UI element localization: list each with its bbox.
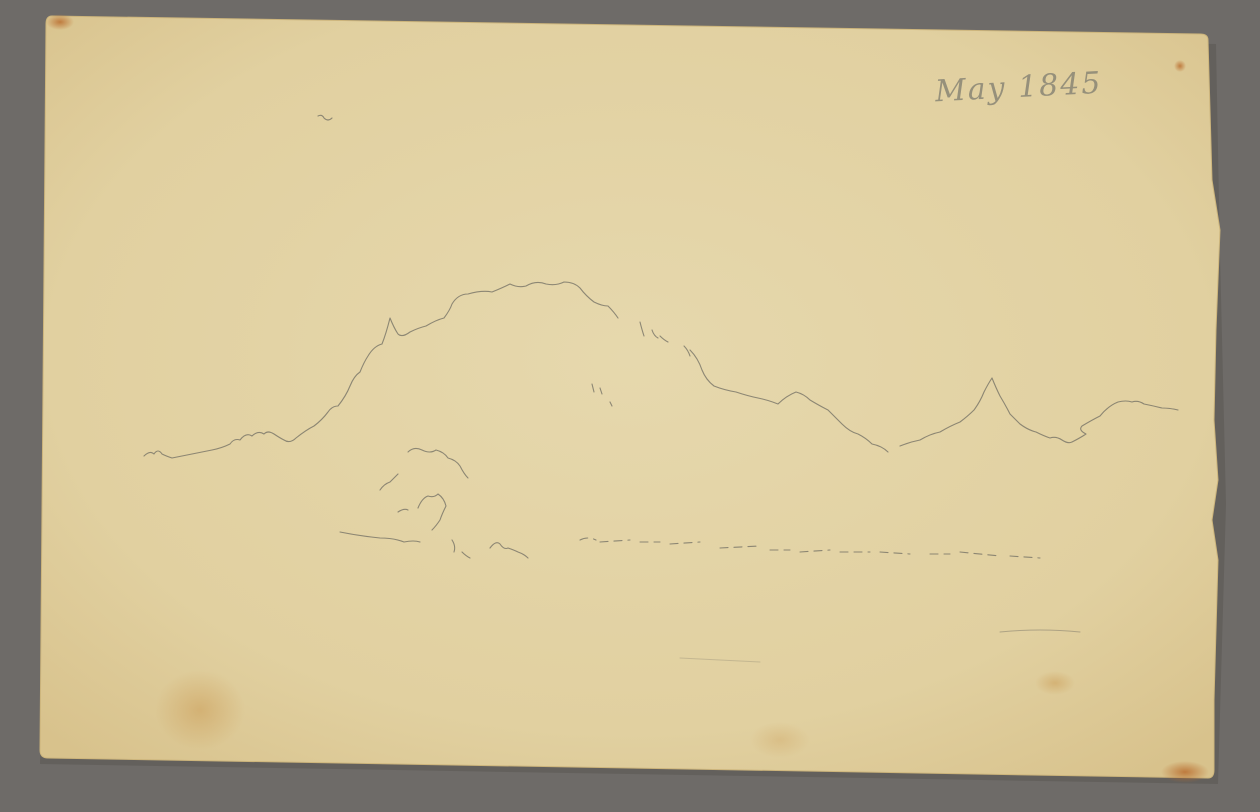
foxing-spot-top-right — [1174, 60, 1186, 72]
sketch-canvas — [0, 0, 1260, 812]
foxing-stain-top-left — [46, 14, 74, 30]
foxing-stain-bottom-center — [750, 722, 810, 758]
artwork-stage: May 1845 — [0, 0, 1260, 812]
paper-sheet — [40, 16, 1220, 778]
foxing-stain-bottom-left — [155, 670, 245, 750]
foxing-stain-lower-right — [1035, 671, 1075, 695]
foxing-stain-bottom-right — [1161, 761, 1209, 783]
